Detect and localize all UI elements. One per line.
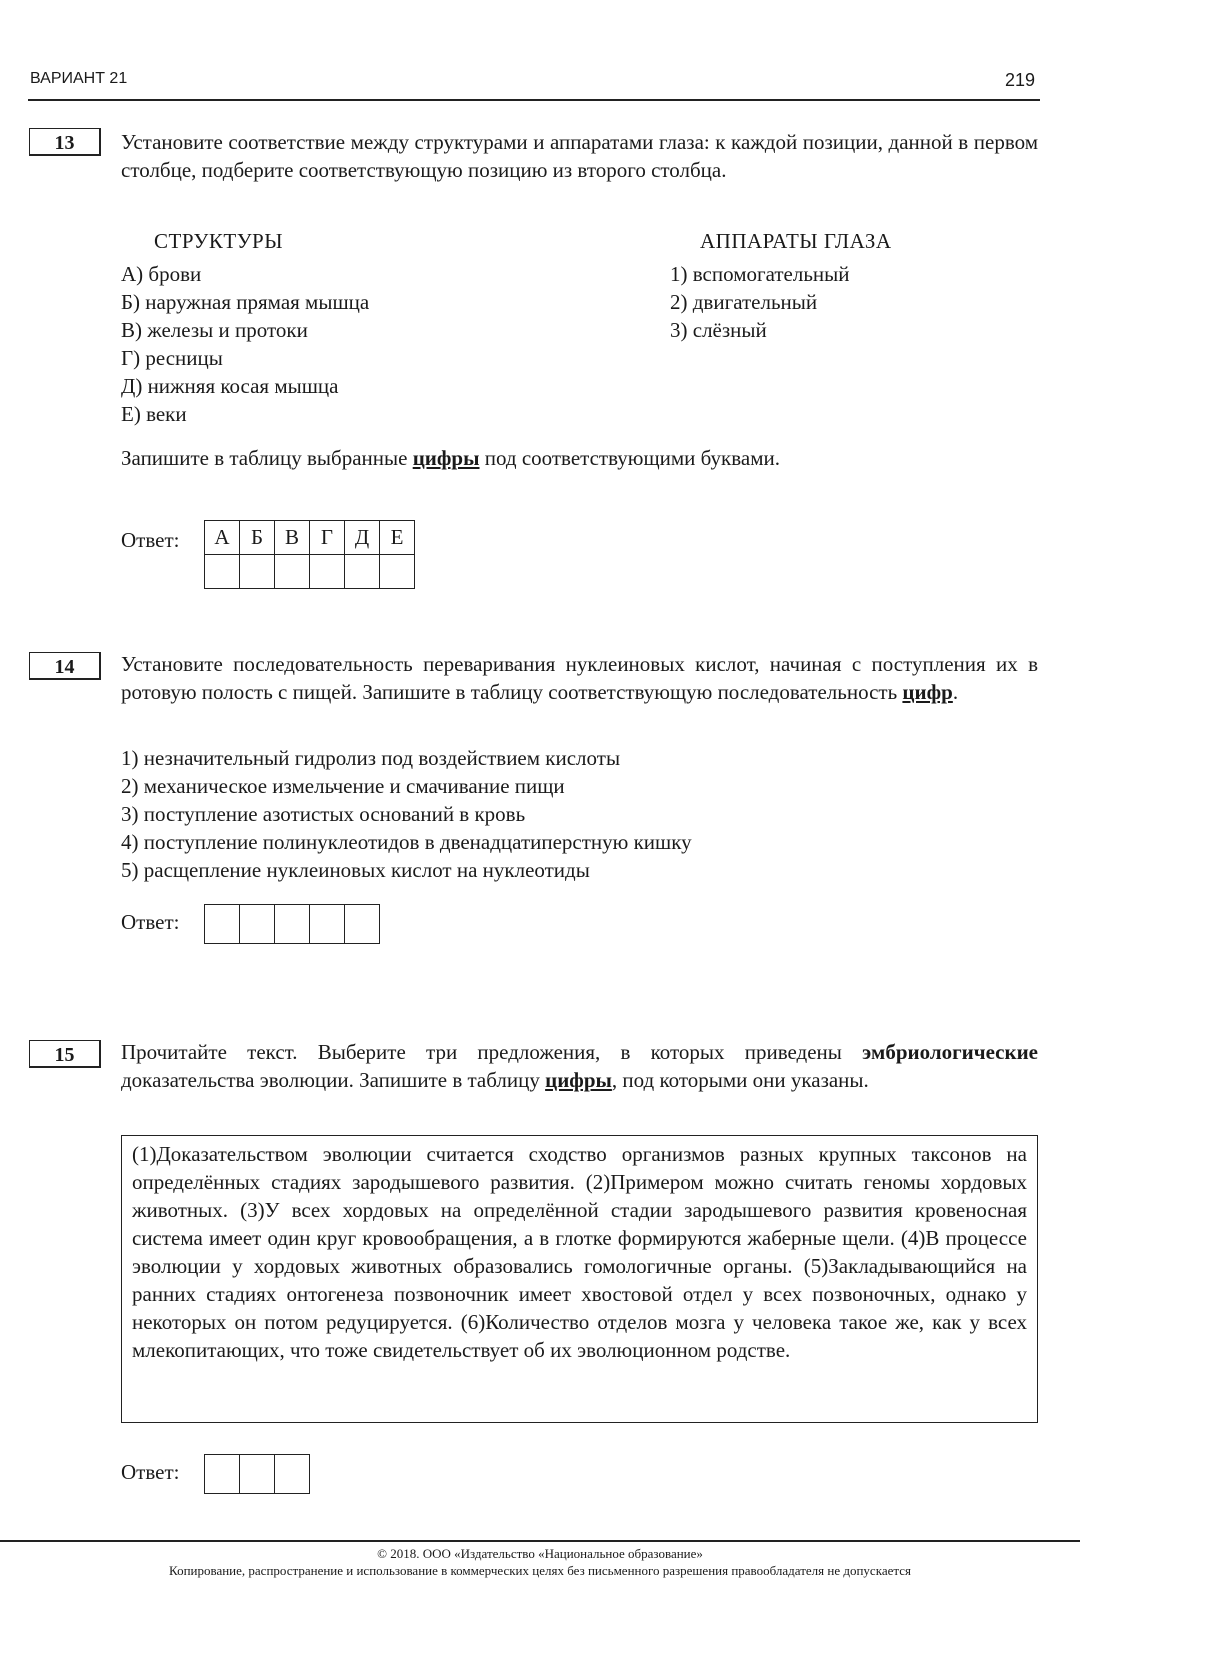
answer-header: А [205, 521, 240, 555]
footer-divider [0, 1540, 1080, 1542]
option-item: 4) поступление полинуклеотидов в двенадц… [121, 828, 692, 856]
question-15-answer-boxes [204, 1454, 310, 1494]
apparatus-item: 2) двигательный [670, 288, 850, 316]
question-15-text-box: (1)Доказательством эволюции считается сх… [121, 1135, 1038, 1423]
question-13-answer-table: А Б В Г Д Е [204, 520, 415, 589]
answer-header: Д [345, 521, 380, 555]
footer-notice: Копирование, распространение и использов… [0, 1563, 1080, 1579]
prompt-text: . [953, 680, 958, 704]
answer-label: Ответ: [121, 528, 179, 553]
apparatus-heading: АППАРАТЫ ГЛАЗА [700, 229, 892, 254]
answer-label: Ответ: [121, 910, 179, 935]
question-13-instruction: Запишите в таблицу выбранные цифры под с… [121, 444, 780, 472]
footer-copyright: © 2018. ООО «Издательство «Национальное … [0, 1546, 1080, 1562]
answer-cell[interactable] [240, 1455, 275, 1493]
structures-heading: СТРУКТУРЫ [154, 229, 283, 254]
instruction-text: под соответствующими буквами. [480, 446, 780, 470]
structure-item: А) брови [121, 260, 369, 288]
answer-cell[interactable] [275, 905, 310, 943]
answer-cell[interactable] [275, 1455, 309, 1493]
option-item: 2) механическое измельчение и смачивание… [121, 772, 692, 800]
question-14-number: 14 [29, 652, 101, 680]
question-15-prompt: Прочитайте текст. Выберите три предложен… [121, 1038, 1038, 1094]
question-14-prompt: Установите последовательность переварива… [121, 650, 1038, 706]
option-item: 3) поступление азотистых оснований в кро… [121, 800, 692, 828]
answer-cell[interactable] [345, 905, 379, 943]
option-item: 5) расщепление нуклеиновых кислот на нук… [121, 856, 692, 884]
structure-item: В) железы и протоки [121, 316, 369, 344]
prompt-bold: эмбриологические [862, 1040, 1038, 1064]
instruction-emphasis: цифры [413, 446, 480, 470]
variant-label: ВАРИАНТ 21 [30, 70, 127, 88]
structures-list: А) брови Б) наружная прямая мышца В) жел… [121, 260, 369, 428]
answer-cell[interactable] [205, 905, 240, 943]
apparatus-list: 1) вспомогательный 2) двигательный 3) сл… [670, 260, 850, 344]
apparatus-item: 1) вспомогательный [670, 260, 850, 288]
answer-cell[interactable] [380, 555, 415, 589]
apparatus-item: 3) слёзный [670, 316, 850, 344]
prompt-text: Прочитайте текст. Выберите три предложен… [121, 1040, 862, 1064]
answer-cell[interactable] [310, 905, 345, 943]
prompt-emphasis: цифры [545, 1068, 612, 1092]
answer-header: Г [310, 521, 345, 555]
page-number: 219 [1005, 70, 1035, 91]
structure-item: Д) нижняя косая мышца [121, 372, 369, 400]
answer-cell[interactable] [205, 1455, 240, 1493]
prompt-text: Установите последовательность переварива… [121, 652, 1038, 704]
answer-cell[interactable] [310, 555, 345, 589]
answer-cell[interactable] [205, 555, 240, 589]
question-14-options: 1) незначительный гидролиз под воздейств… [121, 744, 692, 884]
answer-label: Ответ: [121, 1460, 179, 1485]
prompt-text: , под которыми они указаны. [612, 1068, 869, 1092]
option-item: 1) незначительный гидролиз под воздейств… [121, 744, 692, 772]
answer-header: В [275, 521, 310, 555]
question-13-prompt: Установите соответствие между структурам… [121, 128, 1038, 184]
answer-header: Б [240, 521, 275, 555]
question-14-answer-boxes [204, 904, 380, 944]
prompt-text: доказательства эволюции. Запишите в табл… [121, 1068, 545, 1092]
answer-cell[interactable] [345, 555, 380, 589]
answer-cell[interactable] [275, 555, 310, 589]
answer-cell[interactable] [240, 905, 275, 943]
question-13-number: 13 [29, 128, 101, 156]
question-15-number: 15 [29, 1040, 101, 1068]
structure-item: Е) веки [121, 400, 369, 428]
answer-header: Е [380, 521, 415, 555]
prompt-emphasis: цифр [902, 680, 952, 704]
structure-item: Б) наружная прямая мышца [121, 288, 369, 316]
structure-item: Г) ресницы [121, 344, 369, 372]
header-divider [28, 99, 1040, 101]
instruction-text: Запишите в таблицу выбранные [121, 446, 413, 470]
answer-cell[interactable] [240, 555, 275, 589]
